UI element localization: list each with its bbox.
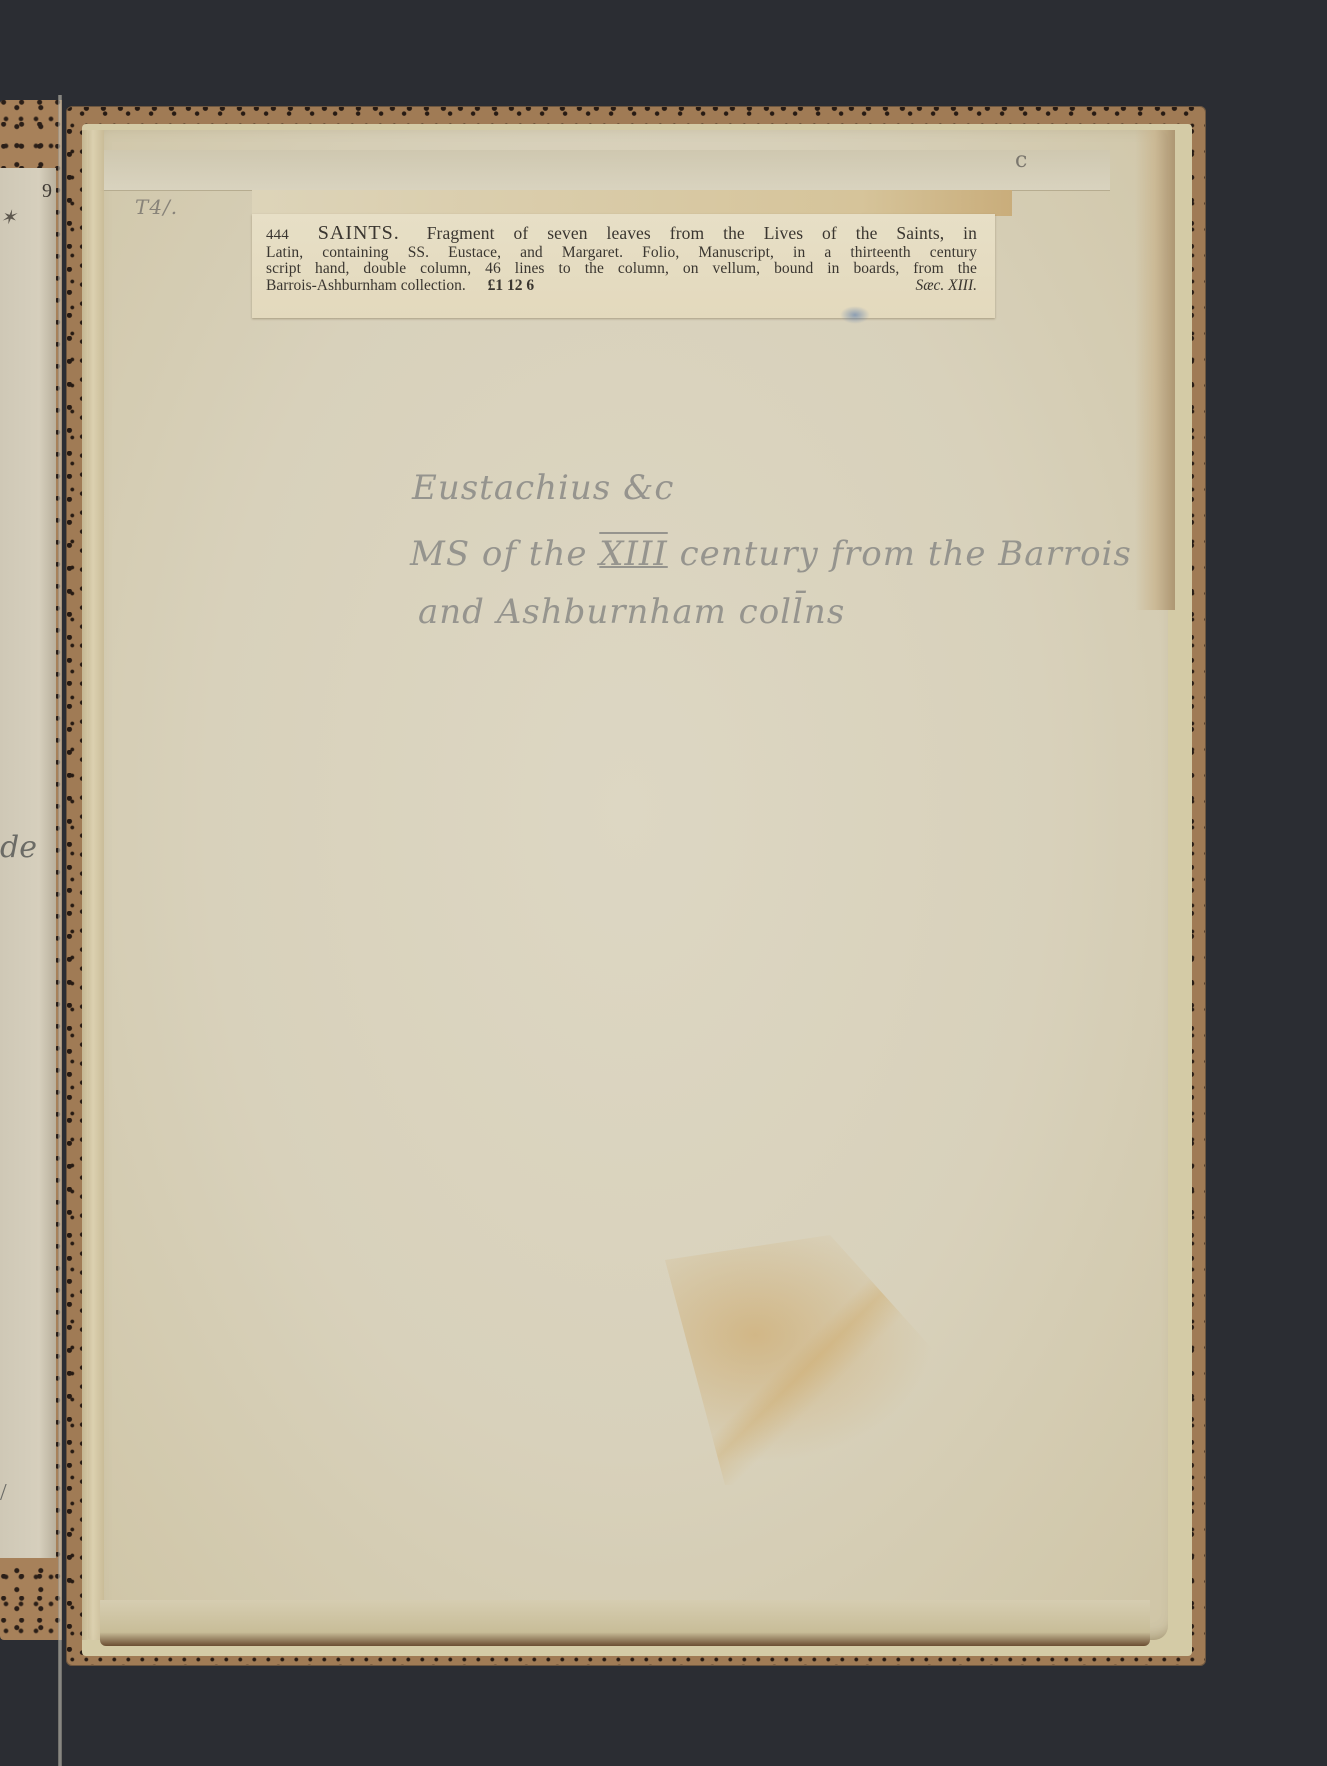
label-text-line-2: Latin, containing SS. Eustace, and Marga… (266, 245, 977, 261)
pencil-note-line-2-suffix: century from the Barrois (668, 534, 1132, 574)
pencil-note-line-2-prefix: MS of the (410, 534, 599, 574)
label-backing-strip (252, 190, 1012, 216)
top-turn-in-flap (100, 150, 1110, 191)
gutter-binding-line (58, 95, 62, 1766)
label-text-line-4: Barrois-Ashburnham collection. (266, 277, 466, 294)
label-text-line-1: Fragment of seven leaves from the Lives … (427, 223, 977, 243)
pencil-note-line-3: and Ashburnham coll̄ns (418, 592, 845, 632)
left-marginal-mark-top: ✶ (0, 205, 17, 230)
lot-title: SAINTS. (318, 222, 400, 244)
pencil-note-line-2: MS of the XIII century from the Barrois (410, 534, 1132, 574)
pencil-note-line-1: Eustachius &c (412, 468, 674, 508)
blue-ink-mark (840, 306, 870, 324)
worn-right-edge (1135, 130, 1175, 610)
label-text-line-3: script hand, double column, 46 lines to … (266, 261, 977, 277)
left-marginal-mark-middle: de (0, 830, 37, 865)
lot-number: 444 (266, 227, 289, 243)
lot-price: £1 12 6 (488, 277, 535, 294)
label-line-1: 444 SAINTS. Fragment of seven leaves fro… (266, 224, 977, 245)
label-line-4: Barrois-Ashburnham collection. £1 12 6 S… (266, 277, 977, 294)
bottom-turn-in (100, 1600, 1150, 1646)
pencil-note-century: XIII (599, 534, 668, 574)
price-code-mark: T4/. (135, 195, 178, 219)
spine-crease (82, 130, 104, 1640)
corner-mark: c (1015, 148, 1027, 173)
pastedown-page (88, 130, 1168, 1640)
left-folio-number: 9 (42, 180, 52, 203)
catalogue-label: 444 SAINTS. Fragment of seven leaves fro… (252, 214, 995, 318)
lot-date: Sæc. XIII. (915, 277, 977, 294)
left-marginal-mark-bottom: / (0, 1480, 7, 1507)
